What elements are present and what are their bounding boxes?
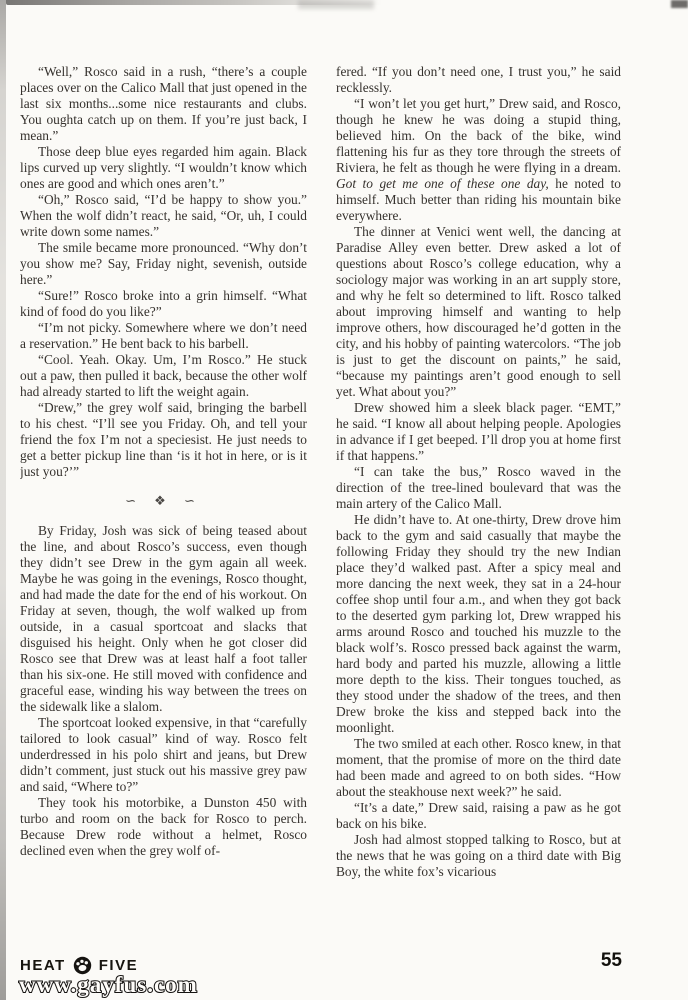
section-separator-ornament: ∽ ❖ ∽	[20, 494, 307, 510]
text-run: Josh had almost stopped talking to Rosco…	[336, 832, 621, 879]
text-run: “Oh,” Rosco said, “I’d be happy to show …	[20, 192, 307, 239]
text-run: “Sure!” Rosco broke into a grin himself.…	[20, 288, 307, 319]
text-run: By Friday, Josh was sick of being teased…	[20, 523, 307, 714]
paragraph: By Friday, Josh was sick of being teased…	[20, 523, 307, 715]
paragraph: Those deep blue eyes regarded him again.…	[20, 144, 307, 192]
scan-artifact-top-smudge	[298, 0, 374, 9]
text-run: Those deep blue eyes regarded him again.…	[20, 144, 307, 191]
text-run: They took his motorbike, a Dunston 450 w…	[20, 795, 307, 858]
watermark-text: www.gayfus.com	[19, 972, 198, 997]
paragraph: The sportcoat looked expensive, in that …	[20, 715, 307, 795]
paragraph: “Well,” Rosco said in a rush, “there’s a…	[20, 64, 307, 144]
paragraph: “Cool. Yeah. Okay. Um, I’m Rosco.” He st…	[20, 352, 307, 400]
paragraph: The smile became more pronounced. “Why d…	[20, 240, 307, 288]
paragraph: “I’m not picky. Somewhere where we don’t…	[20, 320, 307, 352]
scan-artifact-corner-mark	[671, 0, 688, 8]
paragraph: They took his motorbike, a Dunston 450 w…	[20, 795, 307, 859]
text-run: Drew showed him a sleek black pager. “EM…	[336, 400, 621, 463]
text-run: “Drew,” the grey wolf said, bringing the…	[20, 400, 307, 479]
paragraph: He didn’t have to. At one-thirty, Drew d…	[336, 512, 621, 736]
paragraph: “Drew,” the grey wolf said, bringing the…	[20, 400, 307, 480]
text-run: “I won’t let you get hurt,” Drew said, a…	[336, 96, 621, 175]
text-run: “I’m not picky. Somewhere where we don’t…	[20, 320, 307, 351]
text-run: The two smiled at each other. Rosco knew…	[336, 736, 621, 799]
text-run: “Well,” Rosco said in a rush, “there’s a…	[20, 64, 307, 143]
text-run: “Cool. Yeah. Okay. Um, I’m Rosco.” He st…	[20, 352, 307, 399]
paragraph: “Sure!” Rosco broke into a grin himself.…	[20, 288, 307, 320]
paragraph: fered. “If you don’t need one, I trust y…	[336, 64, 621, 96]
page: “Well,” Rosco said in a rush, “there’s a…	[0, 0, 688, 1000]
text-run: fered. “If you don’t need one, I trust y…	[336, 64, 621, 95]
scan-artifact-left-edge	[0, 0, 6, 1000]
left-column: “Well,” Rosco said in a rush, “there’s a…	[20, 64, 307, 958]
page-number: 55	[590, 950, 622, 972]
paragraph: Josh had almost stopped talking to Rosco…	[336, 832, 621, 880]
paragraph: The dinner at Venici went well, the danc…	[336, 224, 621, 400]
right-column: fered. “If you don’t need one, I trust y…	[336, 64, 621, 926]
text-run: “I can take the bus,” Rosco waved in the…	[336, 464, 621, 511]
text-run: “It’s a date,” Drew said, raising a paw …	[336, 800, 621, 831]
text-run: The sportcoat looked expensive, in that …	[20, 715, 307, 794]
text-run: He didn’t have to. At one-thirty, Drew d…	[336, 512, 621, 735]
paragraph: “I can take the bus,” Rosco waved in the…	[336, 464, 621, 512]
paragraph: The two smiled at each other. Rosco knew…	[336, 736, 621, 800]
watermark: www.gayfus.com	[16, 970, 256, 1000]
text-run: The smile became more pronounced. “Why d…	[20, 240, 307, 287]
paragraph: “Oh,” Rosco said, “I’d be happy to show …	[20, 192, 307, 240]
paragraph: Drew showed him a sleek black pager. “EM…	[336, 400, 621, 464]
text-run: The dinner at Venici went well, the danc…	[336, 224, 621, 399]
italic-text-run: Got to get me one of these one day,	[336, 176, 549, 191]
paragraph: “It’s a date,” Drew said, raising a paw …	[336, 800, 621, 832]
paragraph: “I won’t let you get hurt,” Drew said, a…	[336, 96, 621, 224]
